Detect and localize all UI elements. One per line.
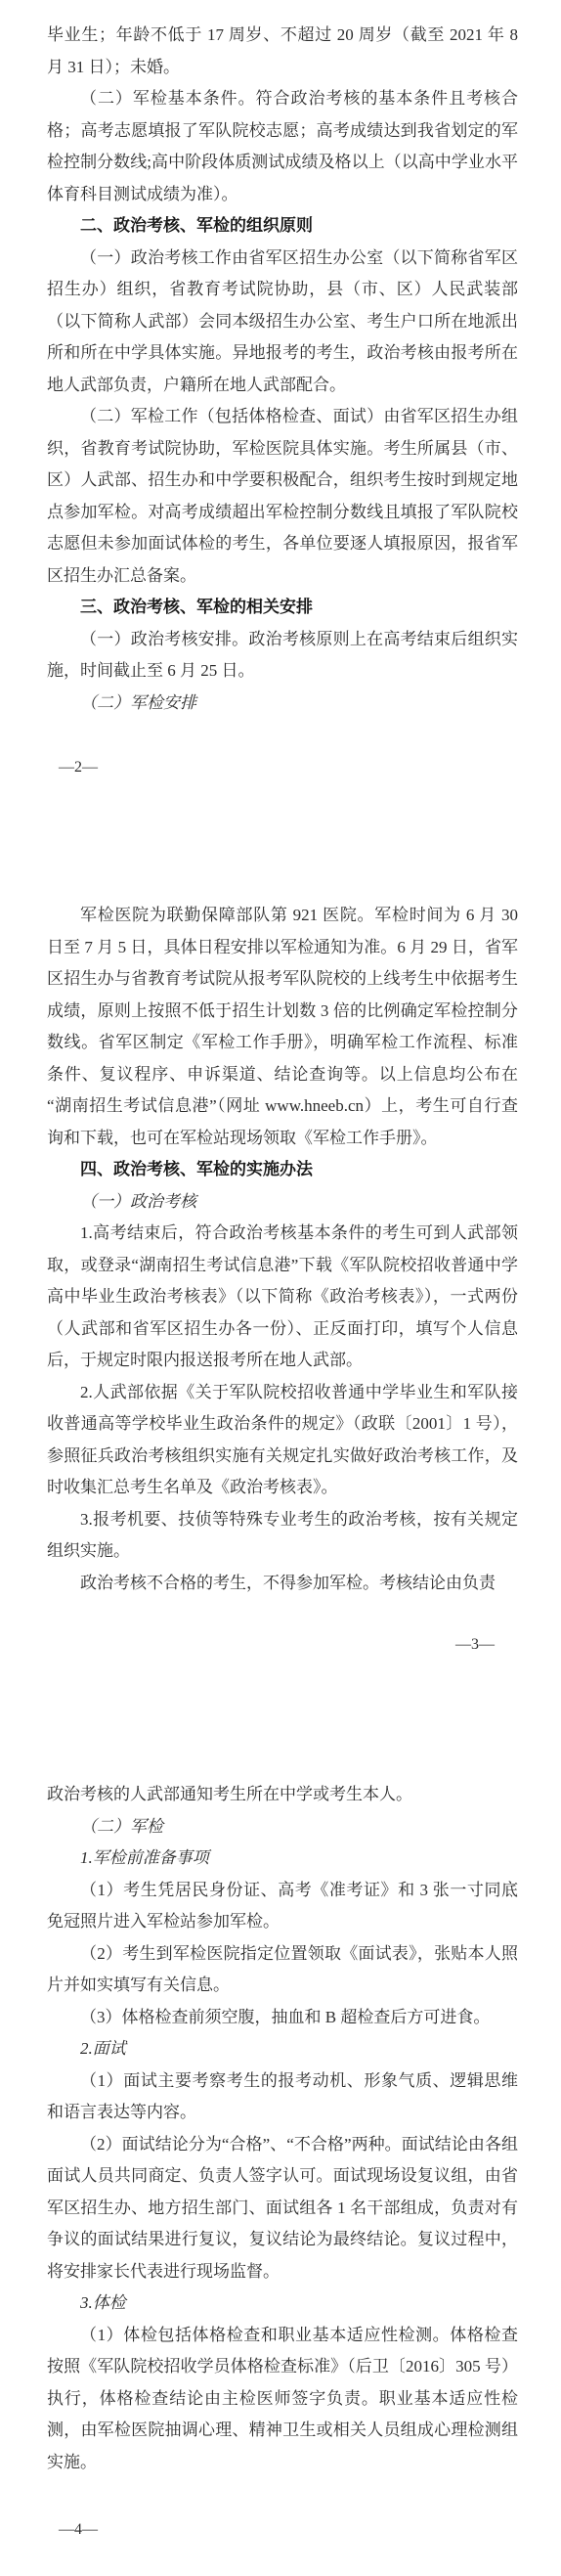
paragraph: （1）体检包括体格检查和职业基本适应性检测。体格检查按照《军队院校招收学员体格检… xyxy=(47,2320,518,2479)
section-heading: 四、政治考核、军检的实施办法 xyxy=(47,1154,518,1186)
paragraph: 政治考核不合格的考生，不得参加军检。考核结论由负责 xyxy=(47,1568,518,1600)
paragraph: 2.人武部依据《关于军队院校招收普通中学毕业生和军队接收普通高等学校毕业生政治条… xyxy=(47,1377,518,1504)
paragraph: （2）考生到军检医院指定位置领取《面试表》，张贴本人照片并如实填写有关信息。 xyxy=(47,1938,518,2002)
section-heading: 三、政治考核、军检的相关安排 xyxy=(47,592,518,624)
paragraph: （3）体格检查前须空腹，抽血和 B 超检查后方可进食。 xyxy=(47,2002,518,2034)
sub-heading: （一）政治考核 xyxy=(47,1186,518,1219)
page-number: —4— xyxy=(47,2515,518,2545)
sub-heading: （二）军检安排 xyxy=(47,688,518,720)
document-page-3: 军检医院为联勤保障部队第 921 医院。军检时间为 6 月 30 日至 7 月 … xyxy=(0,900,561,1660)
paragraph: （一）政治考核工作由省军区招生办公室（以下简称省军区招生办）组织，省教育考试院协… xyxy=(47,243,518,402)
document-page-2: 毕业生；年龄不低于 17 周岁、不超过 20 周岁（截至 2021 年 8 月 … xyxy=(0,0,561,782)
sub-heading: 2.面试 xyxy=(47,2033,518,2065)
paragraph: 3.报考机要、技侦等特殊专业考生的政治考核，按有关规定组织实施。 xyxy=(47,1504,518,1568)
paragraph: （一）政治考核安排。政治考核原则上在高考结束后组织实施，时间截止至 6 月 25… xyxy=(47,624,518,688)
paragraph: （二）军检基本条件。符合政治考核的基本条件且考核合格；高考志愿填报了军队院校志愿… xyxy=(47,83,518,210)
document: 毕业生；年龄不低于 17 周岁、不超过 20 周岁（截至 2021 年 8 月 … xyxy=(0,0,561,2576)
page-number: —3— xyxy=(47,1630,518,1660)
paragraph: 军检医院为联勤保障部队第 921 医院。军检时间为 6 月 30 日至 7 月 … xyxy=(47,900,518,1154)
page-number: —2— xyxy=(47,753,518,782)
document-page-4: 政治考核的人武部通知考生所在中学或考生本人。（二）军检1.军检前准备事项（1）考… xyxy=(0,1779,561,2576)
paragraph: （1）考生凭居民身份证、高考《准考证》和 3 张一寸同底免冠照片进入军检站参加军… xyxy=(47,1875,518,1938)
paragraph: （二）军检工作（包括体格检查、面试）由省军区招生办组织，省教育考试院协助，军检医… xyxy=(47,401,518,592)
paragraph: （1）面试主要考察考生的报考动机、形象气质、逻辑思维和语言表达等内容。 xyxy=(47,2065,518,2129)
section-heading: 二、政治考核、军检的组织原则 xyxy=(47,210,518,243)
sub-heading: 3.体检 xyxy=(47,2287,518,2320)
sub-heading: （二）军检 xyxy=(47,1811,518,1843)
paragraph: （2）面试结论分为“合格”、“不合格”两种。面试结论由各组面试人员共同商定、负责… xyxy=(47,2129,518,2288)
paragraph: 政治考核的人武部通知考生所在中学或考生本人。 xyxy=(47,1779,518,1811)
sub-heading: 1.军检前准备事项 xyxy=(47,1843,518,1875)
paragraph: 毕业生；年龄不低于 17 周岁、不超过 20 周岁（截至 2021 年 8 月 … xyxy=(47,20,518,83)
paragraph: 1.高考结束后，符合政治考核基本条件的考生可到人武部领取，或登录“湖南招生考试信… xyxy=(47,1218,518,1377)
